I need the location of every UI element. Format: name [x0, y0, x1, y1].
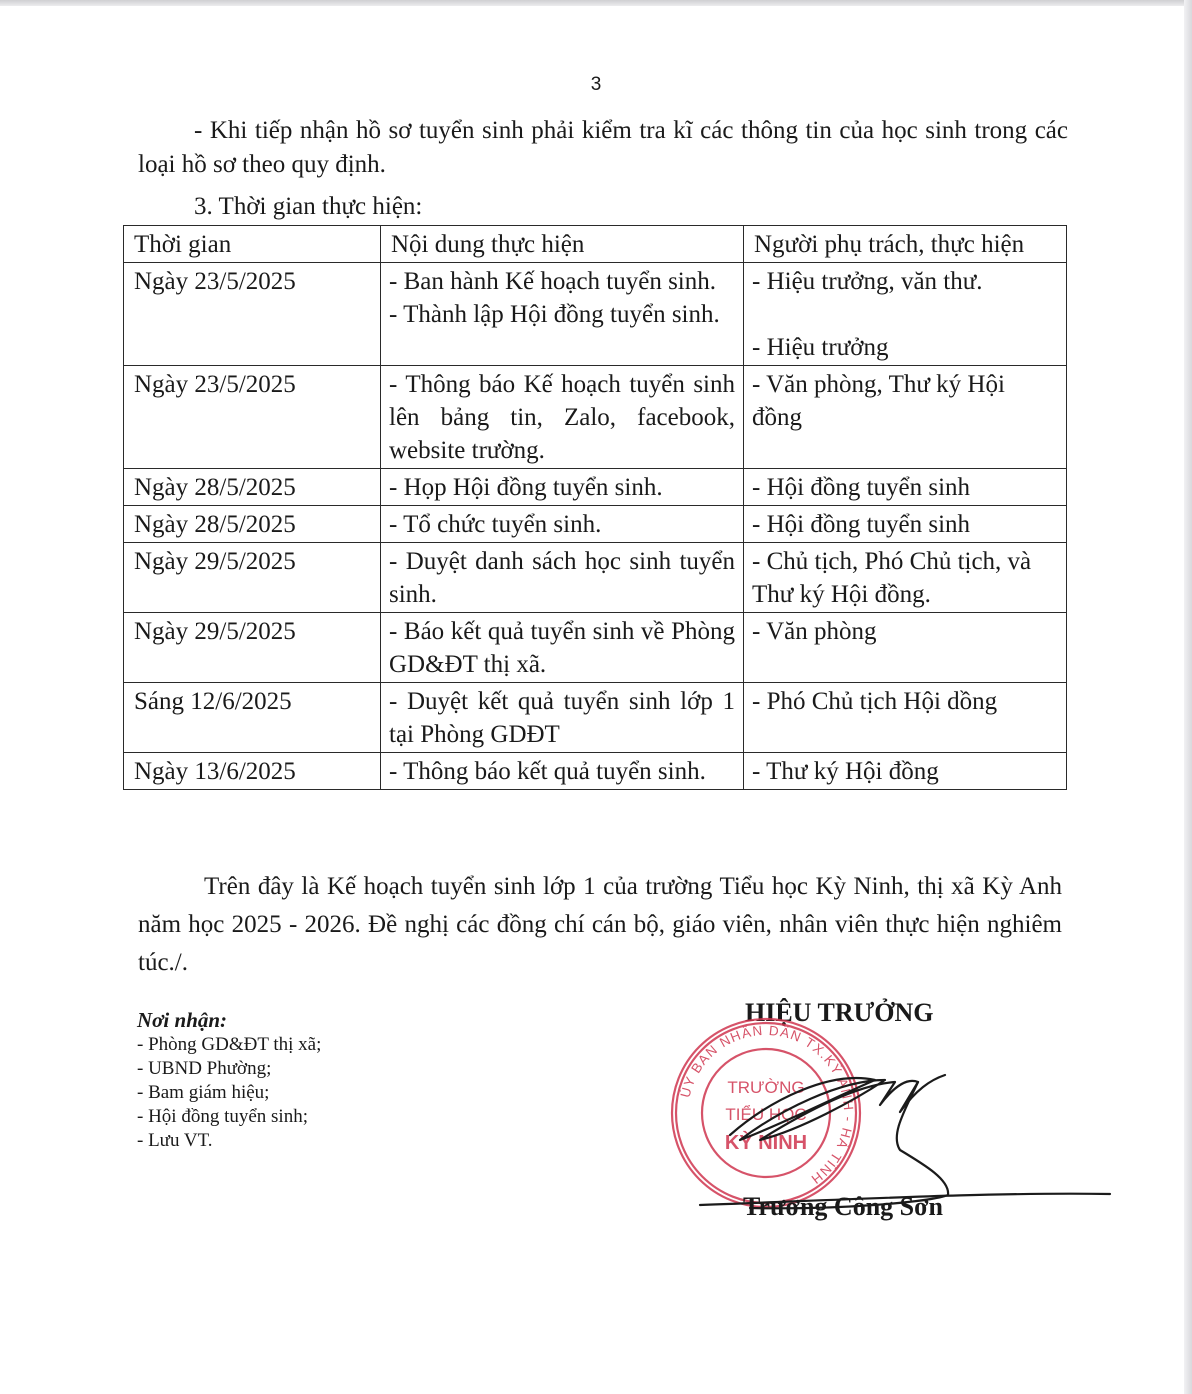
section-heading: 3. Thời gian thực hiện: [194, 190, 422, 224]
responsible-item: - Hiệu trưởng [752, 331, 1057, 364]
table-row: Ngày 28/5/2025- Tổ chức tuyển sinh.- Hội… [124, 506, 1067, 543]
cell-time: Ngày 29/5/2025 [124, 613, 381, 683]
recipient-item: - UBND Phường; [137, 1057, 321, 1081]
cell-responsible: - Chủ tịch, Phó Chủ tịch, và Thư ký Hội … [744, 543, 1067, 613]
responsible-item: - Thư ký Hội đồng [752, 755, 1057, 788]
content-item: - Duyệt kết quả tuyển sinh lớp 1 tại Phò… [389, 685, 735, 751]
responsible-item: - Chủ tịch, Phó Chủ tịch, và Thư ký Hội … [752, 545, 1057, 611]
cell-content: - Thông báo kết quả tuyển sinh. [381, 753, 744, 790]
intro-bullet-paragraph: - Khi tiếp nhận hồ sơ tuyển sinh phải ki… [138, 114, 1068, 182]
cell-time: Ngày 13/6/2025 [124, 753, 381, 790]
cell-responsible: - Hiệu trưởng, văn thư.- Hiệu trưởng [744, 263, 1067, 366]
content-item: - Tổ chức tuyển sinh. [389, 508, 735, 541]
content-item: - Thông báo Kế hoạch tuyển sinh lên bảng… [389, 368, 735, 467]
signer-name: Trương Công Sơn [743, 1192, 943, 1222]
cell-responsible: - Văn phòng, Thư ký Hội đồng [744, 366, 1067, 469]
cell-content: - Báo kết quả tuyển sinh về Phòng GD&ĐT … [381, 613, 744, 683]
table-header-row: Thời gian Nội dung thực hiện Người phụ t… [124, 226, 1067, 263]
cell-responsible: - Phó Chủ tịch Hội dồng [744, 683, 1067, 753]
cell-responsible: - Văn phòng [744, 613, 1067, 683]
content-item: - Thành lập Hội đồng tuyển sinh. [389, 298, 735, 331]
schedule-table-body: Ngày 23/5/2025- Ban hành Kế hoạch tuyển … [124, 263, 1067, 790]
cell-content: - Họp Hội đồng tuyển sinh. [381, 469, 744, 506]
responsible-item: - Văn phòng, Thư ký Hội đồng [752, 368, 1057, 434]
content-item: - Họp Hội đồng tuyển sinh. [389, 471, 735, 504]
recipient-item: - Lưu VT. [137, 1129, 321, 1153]
table-row: Ngày 29/5/2025- Duyệt danh sách học sinh… [124, 543, 1067, 613]
cell-time: Ngày 29/5/2025 [124, 543, 381, 613]
table-row: Ngày 23/5/2025- Ban hành Kế hoạch tuyển … [124, 263, 1067, 366]
content-item: - Thông báo kết quả tuyển sinh. [389, 755, 735, 788]
cell-content: - Tổ chức tuyển sinh. [381, 506, 744, 543]
cell-responsible: - Hội đồng tuyển sinh [744, 469, 1067, 506]
responsible-item: - Hội đồng tuyển sinh [752, 471, 1057, 504]
header-time: Thời gian [124, 226, 381, 263]
responsible-item: - Hiệu trưởng, văn thư. [752, 265, 1057, 298]
recipients-title: Nơi nhận: [137, 1007, 321, 1033]
content-item: - Ban hành Kế hoạch tuyển sinh. [389, 265, 735, 298]
cell-content: - Duyệt kết quả tuyển sinh lớp 1 tại Phò… [381, 683, 744, 753]
recipients-list: - Phòng GD&ĐT thị xã;- UBND Phường;- Bam… [137, 1033, 321, 1153]
table-row: Sáng 12/6/2025- Duyệt kết quả tuyển sinh… [124, 683, 1067, 753]
cell-time: Ngày 23/5/2025 [124, 366, 381, 469]
table-row: Ngày 23/5/2025- Thông báo Kế hoạch tuyển… [124, 366, 1067, 469]
closing-paragraph: Trên đây là Kế hoạch tuyển sinh lớp 1 củ… [138, 868, 1062, 982]
cell-content: - Ban hành Kế hoạch tuyển sinh.- Thành l… [381, 263, 744, 366]
recipient-item: - Hội đồng tuyển sinh; [137, 1105, 321, 1129]
content-item: - Báo kết quả tuyển sinh về Phòng GD&ĐT … [389, 615, 735, 681]
page-top-edge [0, 0, 1192, 6]
content-item: - Duyệt danh sách học sinh tuyển sinh. [389, 545, 735, 611]
table-row: Ngày 28/5/2025- Họp Hội đồng tuyển sinh.… [124, 469, 1067, 506]
cell-responsible: - Hội đồng tuyển sinh [744, 506, 1067, 543]
table-row: Ngày 13/6/2025- Thông báo kết quả tuyển … [124, 753, 1067, 790]
header-responsible: Người phụ trách, thực hiện [744, 226, 1067, 263]
cell-time: Sáng 12/6/2025 [124, 683, 381, 753]
recipient-item: - Bam giám hiệu; [137, 1081, 321, 1105]
recipient-item: - Phòng GD&ĐT thị xã; [137, 1033, 321, 1057]
responsible-item: - Hội đồng tuyển sinh [752, 508, 1057, 541]
schedule-table: Thời gian Nội dung thực hiện Người phụ t… [123, 225, 1067, 790]
table-row: Ngày 29/5/2025- Báo kết quả tuyển sinh v… [124, 613, 1067, 683]
page-right-edge [1184, 0, 1192, 1394]
cell-time: Ngày 28/5/2025 [124, 469, 381, 506]
cell-time: Ngày 23/5/2025 [124, 263, 381, 366]
responsible-item: - Phó Chủ tịch Hội dồng [752, 685, 1057, 718]
recipients-block: Nơi nhận: - Phòng GD&ĐT thị xã;- UBND Ph… [137, 1007, 321, 1153]
responsible-item: - Văn phòng [752, 615, 1057, 648]
cell-responsible: - Thư ký Hội đồng [744, 753, 1067, 790]
page-number: 3 [0, 74, 1192, 96]
header-content: Nội dung thực hiện [381, 226, 744, 263]
cell-content: - Duyệt danh sách học sinh tuyển sinh. [381, 543, 744, 613]
cell-content: - Thông báo Kế hoạch tuyển sinh lên bảng… [381, 366, 744, 469]
cell-time: Ngày 28/5/2025 [124, 506, 381, 543]
